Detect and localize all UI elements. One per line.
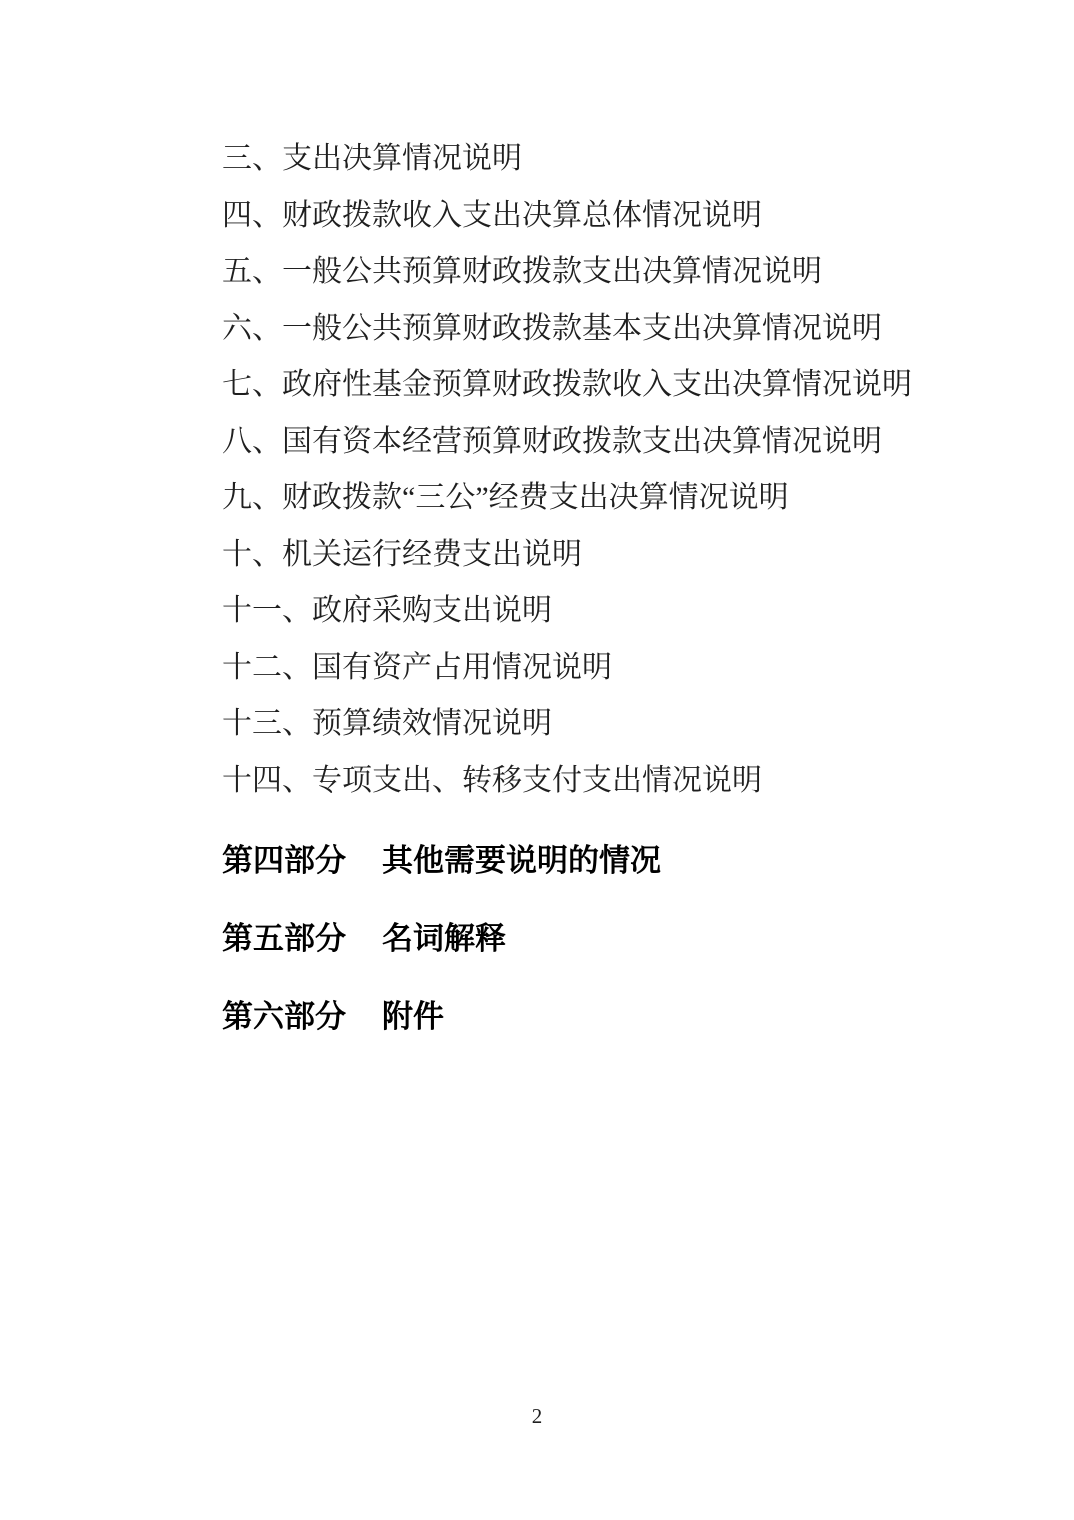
part-label: 第六部分 xyxy=(222,991,346,1036)
table-of-contents: 三、支出决算情况说明 四、财政拨款收入支出决算总体情况说明 五、一般公共预算财政… xyxy=(0,0,1074,805)
page-number: 2 xyxy=(0,1404,1074,1429)
toc-item-13: 十三、预算绩效情况说明 xyxy=(222,692,1074,749)
toc-item-4: 四、财政拨款收入支出决算总体情况说明 xyxy=(222,184,1074,241)
part-label: 第四部分 xyxy=(222,835,346,880)
part-heading-5: 第五部分 名词解释 xyxy=(0,896,1074,974)
part-label: 第五部分 xyxy=(222,913,346,958)
document-page: 三、支出决算情况说明 四、财政拨款收入支出决算总体情况说明 五、一般公共预算财政… xyxy=(0,0,1074,1520)
part-title: 其他需要说明的情况 xyxy=(382,835,661,880)
part-heading-4: 第四部分 其他需要说明的情况 xyxy=(0,818,1074,896)
toc-item-12: 十二、国有资产占用情况说明 xyxy=(222,636,1074,693)
toc-item-3: 三、支出决算情况说明 xyxy=(222,127,1074,184)
part-title: 名词解释 xyxy=(382,913,506,958)
toc-item-7: 七、政府性基金预算财政拨款收入支出决算情况说明 xyxy=(222,353,1074,410)
toc-item-8: 八、国有资本经营预算财政拨款支出决算情况说明 xyxy=(222,410,1074,467)
toc-item-6: 六、一般公共预算财政拨款基本支出决算情况说明 xyxy=(222,297,1074,354)
toc-item-9: 九、财政拨款“三公”经费支出决算情况说明 xyxy=(222,466,1074,523)
toc-item-14: 十四、专项支出、转移支付支出情况说明 xyxy=(222,749,1074,806)
part-title: 附件 xyxy=(382,991,444,1036)
part-heading-6: 第六部分 附件 xyxy=(0,974,1074,1052)
toc-item-11: 十一、政府采购支出说明 xyxy=(222,579,1074,636)
toc-item-5: 五、一般公共预算财政拨款支出决算情况说明 xyxy=(222,240,1074,297)
toc-item-10: 十、机关运行经费支出说明 xyxy=(222,523,1074,580)
